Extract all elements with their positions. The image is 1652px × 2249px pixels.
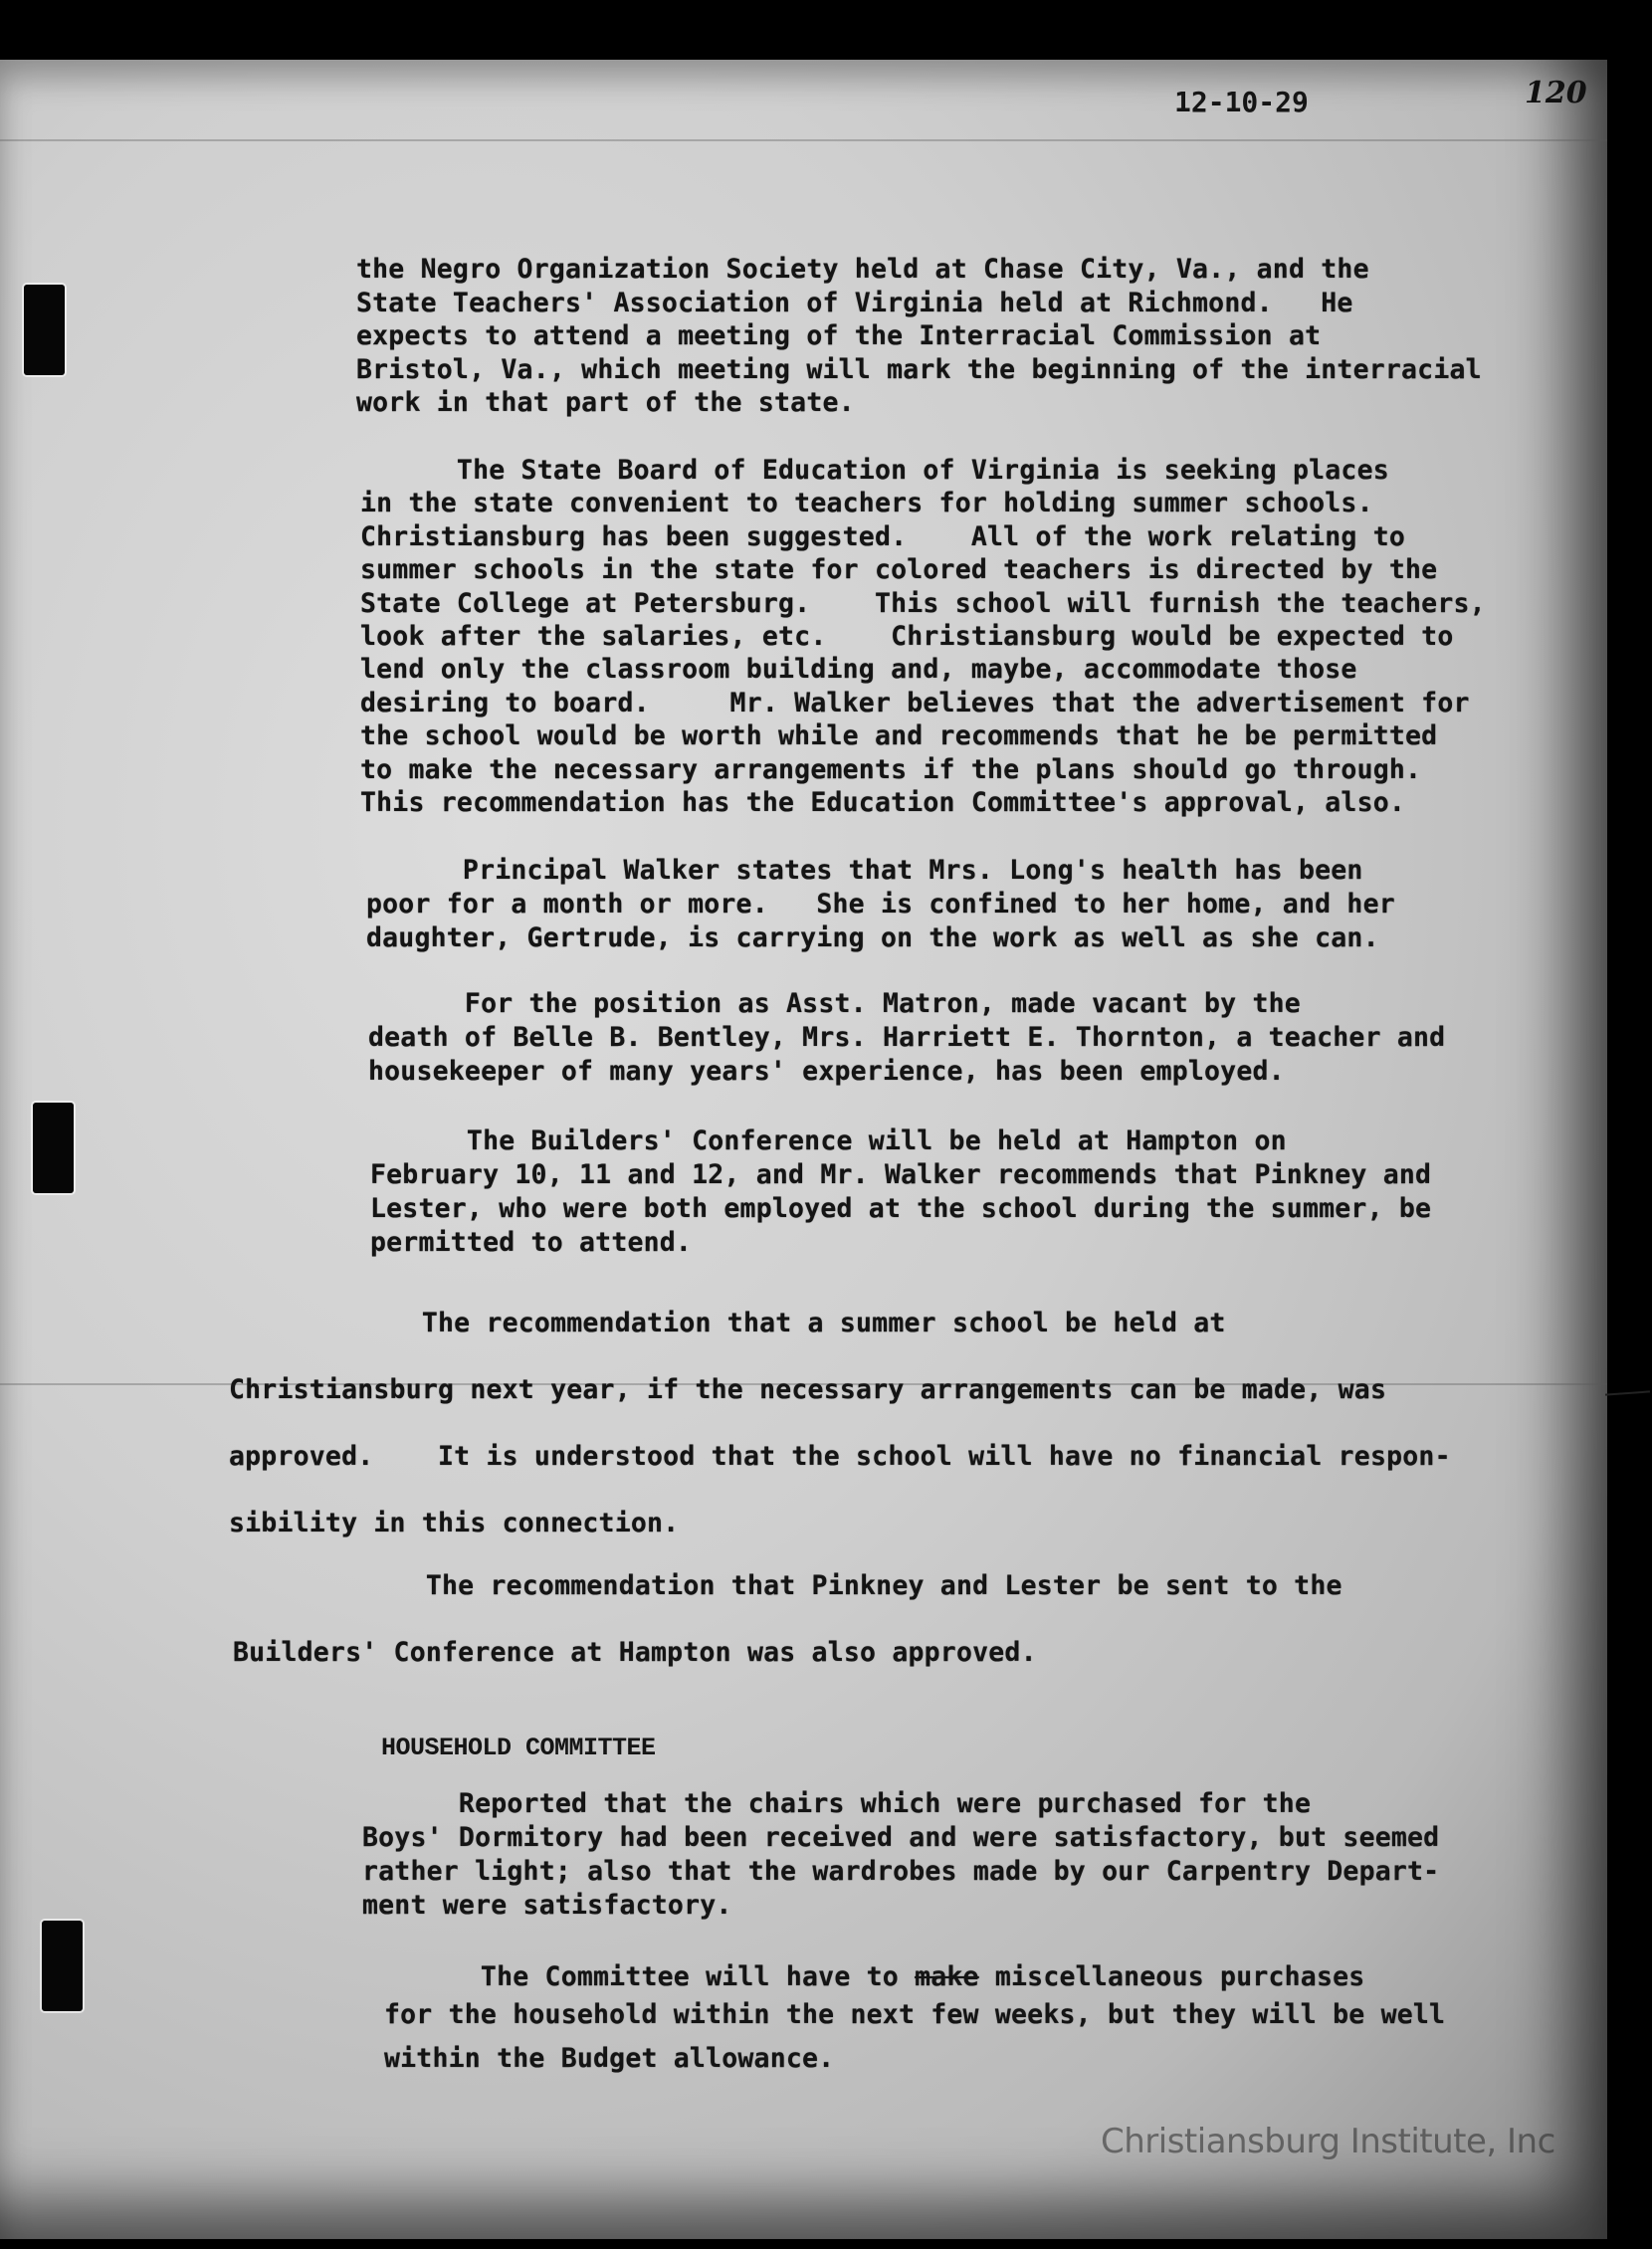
text-line: For the position as Asst. Matron, made v… bbox=[368, 987, 1445, 1021]
text-line: The recommendation that Pinkney and Lest… bbox=[233, 1552, 1342, 1619]
text-line: State College at Petersburg. This school… bbox=[360, 587, 1486, 620]
document-date: 12-10-29 bbox=[1174, 86, 1309, 118]
text-line: lend only the classroom building and, ma… bbox=[360, 653, 1486, 686]
text-line: the Negro Organization Society held at C… bbox=[356, 253, 1482, 287]
text-line: within the Budget allowance. bbox=[384, 2040, 1445, 2078]
text-line: for the household within the next few we… bbox=[384, 1996, 1445, 2034]
text-line: summer schools in the state for colored … bbox=[360, 553, 1486, 586]
paragraph-summer-school: The State Board of Education of Virginia… bbox=[360, 454, 1486, 819]
text-fragment: miscellaneous purchases bbox=[979, 1961, 1365, 1992]
text-line: poor for a month or more. She is confine… bbox=[366, 888, 1395, 921]
text-line: death of Belle B. Bentley, Mrs. Harriett… bbox=[368, 1021, 1445, 1055]
text-line: look after the salaries, etc. Christians… bbox=[360, 620, 1486, 653]
paragraph-purchases: The Committee will have to make miscella… bbox=[384, 1958, 1445, 2078]
watermark: Christiansburg Institute, Inc bbox=[1101, 2122, 1555, 2161]
text-line: in the state convenient to teachers for … bbox=[360, 487, 1486, 519]
text-line: Reported that the chairs which were purc… bbox=[362, 1787, 1439, 1821]
binder-hole-marker bbox=[24, 285, 65, 375]
binder-hole-marker bbox=[42, 1921, 83, 2011]
text-line: Builders' Conference at Hampton was also… bbox=[233, 1619, 1342, 1686]
text-line: The Committee will have to make miscella… bbox=[384, 1958, 1445, 1996]
text-line: permitted to attend. bbox=[370, 1226, 1431, 1260]
text-line: expects to attend a meeting of the Inter… bbox=[356, 319, 1482, 353]
paragraph-mrs-long: Principal Walker states that Mrs. Long's… bbox=[366, 854, 1395, 955]
text-line: work in that part of the state. bbox=[356, 386, 1482, 420]
text-line: housekeeper of many years' experience, h… bbox=[368, 1055, 1445, 1089]
paragraph-chairs-wardrobes: Reported that the chairs which were purc… bbox=[362, 1787, 1439, 1923]
text-line: February 10, 11 and 12, and Mr. Walker r… bbox=[370, 1158, 1431, 1192]
text-line: the school would be worth while and reco… bbox=[360, 719, 1486, 752]
text-line: Christiansburg has been suggested. All o… bbox=[360, 520, 1486, 553]
text-line: Boys' Dormitory had been received and we… bbox=[362, 1821, 1439, 1855]
paragraph-builders-conference: The Builders' Conference will be held at… bbox=[370, 1124, 1431, 1260]
text-line: ment were satisfactory. bbox=[362, 1889, 1439, 1923]
text-line: Principal Walker states that Mrs. Long's… bbox=[366, 854, 1395, 888]
text-line: sibility in this connection. bbox=[229, 1490, 1451, 1556]
text-line: The State Board of Education of Virginia… bbox=[360, 454, 1486, 487]
text-line: State Teachers' Association of Virginia … bbox=[356, 287, 1482, 320]
section-heading-household-committee: HOUSEHOLD COMMITTEE bbox=[381, 1734, 656, 1762]
page-number: 120 bbox=[1525, 76, 1587, 110]
resolution-builders-conference: The recommendation that Pinkney and Lest… bbox=[233, 1552, 1342, 1686]
binder-hole-marker bbox=[33, 1103, 74, 1193]
margin-mark bbox=[1605, 1390, 1650, 1395]
text-line: approved. It is understood that the scho… bbox=[229, 1423, 1451, 1490]
text-line: The Builders' Conference will be held at… bbox=[370, 1124, 1431, 1158]
resolution-summer-school: The recommendation that a summer school … bbox=[229, 1290, 1451, 1556]
text-line: rather light; also that the wardrobes ma… bbox=[362, 1855, 1439, 1889]
text-line: This recommendation has the Education Co… bbox=[360, 786, 1486, 819]
text-line: The recommendation that a summer school … bbox=[229, 1290, 1451, 1356]
paragraph-meetings: the Negro Organization Society held at C… bbox=[356, 253, 1482, 420]
text-fragment: The Committee will have to bbox=[384, 1961, 915, 1992]
struck-word: make bbox=[915, 1961, 979, 1992]
text-line: Bristol, Va., which meeting will mark th… bbox=[356, 353, 1482, 387]
text-line: desiring to board. Mr. Walker believes t… bbox=[360, 687, 1486, 719]
text-line: to make the necessary arrangements if th… bbox=[360, 753, 1486, 786]
scan-frame: 12-10-29 120 the Negro Organization Soci… bbox=[0, 0, 1652, 2249]
text-line: daughter, Gertrude, is carrying on the w… bbox=[366, 921, 1395, 955]
paragraph-asst-matron: For the position as Asst. Matron, made v… bbox=[368, 987, 1445, 1089]
ruled-line bbox=[0, 139, 1607, 141]
text-line: Christiansburg next year, if the necessa… bbox=[229, 1356, 1451, 1423]
text-line: Lester, who were both employed at the sc… bbox=[370, 1192, 1431, 1226]
